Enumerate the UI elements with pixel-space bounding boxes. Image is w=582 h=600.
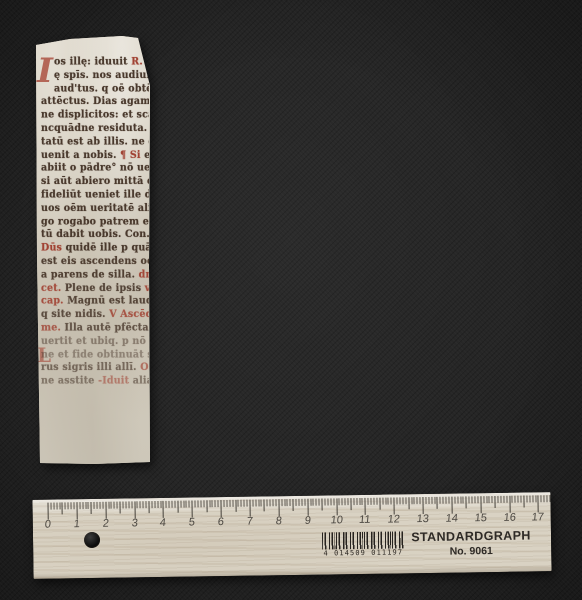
ruler-wrap: 01234567891011121314151617 4 014509 0111…: [33, 496, 551, 575]
ruler-tick: [267, 499, 268, 506]
manuscript-line: ne asstite -Iduit alia p ē: [41, 375, 149, 388]
brand-name: STANDARDGRAPH: [407, 528, 535, 544]
ruler-number: 17: [527, 511, 550, 523]
ruler-tick: [431, 497, 432, 504]
ruler-tick: [414, 497, 415, 504]
ruler-tick: [330, 498, 331, 505]
ink-text: rus sigris illi allī.: [41, 362, 140, 373]
ink-text: uertit et ubiq. p nō q glo: [41, 335, 149, 346]
ruler-tick: [394, 497, 395, 514]
ruler-tick: [460, 496, 461, 503]
ink-text: ne displicitos: et scām pām: [41, 109, 149, 120]
ruler-tick: [143, 501, 144, 508]
ruler-tick: [422, 497, 423, 514]
ink-text: attēctus. Dias agam dūm: [41, 96, 149, 107]
ruler-tick: [197, 500, 198, 507]
ruler-tick: [532, 495, 533, 502]
ruler-tick: [541, 495, 542, 502]
ruler-tick: [495, 496, 496, 508]
ruler-number: 15: [469, 512, 492, 524]
ruler-tick: [226, 500, 227, 507]
ruler-tick: [244, 500, 245, 507]
ruler-tick: [255, 500, 256, 507]
ruler-tick: [209, 500, 210, 507]
manuscript-line: si aūt abiero mittā eū ad uos: [41, 176, 149, 189]
ink-text: Plene de ipsis: [61, 282, 144, 293]
manuscript-line: a parens de silla. dnīca p: [41, 269, 149, 282]
ink-text: alia p ē: [129, 375, 149, 386]
ruler-tick: [457, 497, 458, 504]
ruler-tick: [382, 498, 383, 505]
ruler-tick: [99, 502, 100, 509]
manuscript-fragment-wrap: I L os illę: iduuit R. inę spīs. nos aud…: [36, 36, 150, 464]
ruler-number: 1: [65, 518, 88, 530]
ink-text: a parens de silla.: [41, 269, 139, 280]
ruler-tick: [154, 501, 155, 508]
rubric-text: V Ascēdit: [109, 309, 149, 320]
manuscript-line: tatū est ab illis. ne dubius: [41, 136, 149, 149]
model-number: No. 9061: [407, 544, 535, 558]
manuscript-line: ncquādne residuta. Dubi: [41, 123, 149, 136]
ruler-tick: [223, 500, 224, 507]
ruler-tick: [137, 501, 138, 508]
manuscript-line: uos oēm ueritatē alia. ¶ E: [41, 202, 149, 215]
manuscript-line: fideliūt ueniet ille docebit: [41, 189, 149, 202]
ruler-tick: [324, 499, 325, 506]
ink-text: est nō: [141, 149, 149, 160]
manuscript-line: ę spīs. nos audiuit: [41, 69, 149, 82]
ruler-tick: [500, 496, 501, 503]
ruler-tick: [270, 499, 271, 506]
ruler-tick: [177, 501, 178, 513]
ruler-tick: [405, 497, 406, 504]
ruler-tick: [480, 496, 481, 513]
ruler-tick: [466, 496, 467, 508]
ruler-tick: [172, 501, 173, 508]
ruler-tick: [192, 500, 193, 517]
ruler-tick: [322, 499, 323, 511]
ink-text: ę spīs. nos audiuit: [54, 69, 149, 80]
ruler-tick: [275, 499, 276, 506]
ink-text: quidē ille p quā loquitur: [62, 242, 149, 253]
ruler-tick: [235, 500, 236, 512]
manuscript-fragment: I L os illę: iduuit R. inę spīs. nos aud…: [36, 36, 150, 464]
ruler-tick: [62, 502, 63, 514]
ruler-hanging-hole: [84, 532, 100, 548]
ink-text: go rogabo patrem et aliū pac: [41, 216, 149, 227]
ruler-tick: [521, 496, 522, 503]
ruler-tick: [102, 502, 103, 509]
ruler-tick: [446, 497, 447, 504]
ruler-tick: [281, 499, 282, 506]
ruler-number: 11: [354, 514, 377, 526]
ink-text: ne asstite: [41, 375, 98, 386]
ruler-tick: [512, 496, 513, 503]
ruler-number: 5: [181, 516, 204, 528]
ruler-tick: [298, 499, 299, 506]
ruler-tick: [385, 498, 386, 505]
manuscript-line: rus sigris illi allī. O: [41, 362, 149, 375]
rubric-text: R. in: [131, 56, 149, 67]
ruler-tick: [529, 495, 530, 502]
manuscript-line: q site nidis. V Ascēdit vi: [41, 309, 149, 322]
ruler-tick: [79, 502, 80, 509]
ruler-number: 9: [296, 515, 319, 527]
ruler-tick: [362, 498, 363, 505]
ruler-tick: [264, 499, 265, 511]
rubric-text: O: [140, 362, 148, 373]
ruler-tick: [451, 497, 452, 514]
manuscript-line: me. Illa autē pfēcta pater: [41, 322, 149, 335]
ink-text: Magnū est laudide: [64, 296, 149, 307]
ruler-number: 10: [325, 514, 348, 526]
ruler-tick: [88, 502, 89, 509]
ruler-tick: [215, 500, 216, 507]
ruler-tick: [483, 496, 484, 503]
ruler-tick: [327, 498, 328, 505]
ruler-tick: [229, 500, 230, 507]
rubric-text: ¶ Si: [120, 149, 141, 160]
ruler-tick: [73, 502, 74, 509]
manuscript-line: aud'tus. q oē obtēdaūt: [41, 83, 149, 96]
ruler-tick: [114, 502, 115, 509]
ruler-tick: [353, 498, 354, 505]
ruler-tick: [443, 497, 444, 504]
ruler-tick: [238, 500, 239, 507]
rubric-text: v° I: [145, 282, 149, 293]
ruler-tick: [547, 495, 548, 502]
ruler-tick: [379, 498, 380, 510]
ruler-tick: [218, 500, 219, 507]
ruler-tick: [241, 500, 242, 507]
ruler-tick: [183, 501, 184, 508]
ruler-tick: [117, 502, 118, 509]
ruler-tick: [518, 496, 519, 503]
ruler-tick: [365, 498, 366, 515]
ink-text: os illę: iduuit: [54, 56, 131, 67]
ruler-tick: [290, 499, 291, 506]
ink-text: tū dabit uobis. Con.: [41, 229, 149, 240]
ruler-tick: [293, 499, 294, 511]
ruler-tick: [157, 501, 158, 508]
rubric-text: me.: [41, 322, 61, 333]
manuscript-text: os illę: iduuit R. inę spīs. nos audiuit…: [41, 56, 149, 389]
ruler-tick: [180, 501, 181, 508]
ruler-tick: [82, 502, 83, 509]
ruler-tick: [549, 495, 550, 502]
ruler-tick: [151, 501, 152, 508]
ruler-tick: [523, 496, 524, 508]
ruler-number: 3: [123, 517, 146, 529]
ruler-tick: [319, 499, 320, 506]
ruler-tick: [506, 496, 507, 503]
ruler-tick: [50, 503, 51, 510]
ruler-tick: [368, 498, 369, 505]
ink-text: fideliūt ueniet ille docebit: [41, 189, 149, 200]
ruler-tick: [85, 502, 86, 509]
ruler-tick: [94, 502, 95, 509]
barcode: 4 014509 011197: [322, 531, 404, 557]
ruler-tick: [91, 502, 92, 514]
ruler-numbers: 01234567891011121314151617: [32, 492, 550, 500]
rubric-text: dnīca p: [139, 269, 149, 280]
ruler-tick: [278, 499, 279, 516]
ruler-tick: [307, 499, 308, 516]
ink-text: abiit o pādre° nō ueniet ad: [41, 162, 149, 173]
ruler-tick: [261, 499, 262, 506]
ruler-tick: [287, 499, 288, 506]
ruler-tick: [486, 496, 487, 503]
ruler-tick: [463, 496, 464, 503]
ruler-number: 8: [267, 515, 290, 527]
ruler-tick: [535, 495, 536, 502]
manuscript-line: attēctus. Dias agam dūm: [41, 96, 149, 109]
ruler-tick: [131, 501, 132, 508]
manuscript-line: est eis ascendens occultē a scā: [41, 256, 149, 269]
barcode-digits: 4 014509 011197: [322, 548, 404, 557]
ruler-number: 7: [238, 515, 261, 527]
ruler-tick: [258, 499, 259, 506]
rubric-text: cap.: [41, 296, 64, 307]
ruler-tick: [120, 502, 121, 514]
ruler-tick: [111, 502, 112, 509]
ink-text: ncquādne residuta. Dubi: [41, 123, 149, 134]
ruler-tick: [304, 499, 305, 506]
ruler-tick: [296, 499, 297, 506]
ruler-tick: [146, 501, 147, 508]
ruler-tick: [169, 501, 170, 508]
ruler-number: 14: [440, 512, 463, 524]
ink-text: aud'tus. q oē obtēdaūt: [54, 83, 149, 94]
manuscript-line: uenit a nobis. ¶ Si est nō: [41, 149, 149, 162]
rubric-text: Dūs: [41, 242, 62, 253]
manuscript-line: cet. Plene de ipsis v° I py: [41, 282, 149, 295]
ruler-tick: [474, 496, 475, 503]
ruler-tick: [391, 498, 392, 505]
ruler-tick: [68, 502, 69, 509]
ruler-tick: [509, 496, 510, 513]
ruler-tick: [200, 500, 201, 507]
ink-text: uenit a nobis.: [41, 149, 120, 160]
ruler-tick: [148, 501, 149, 513]
ruler-tick: [408, 497, 409, 509]
ruler-tick: [272, 499, 273, 506]
ruler-tick: [371, 498, 372, 505]
ruler-tick: [497, 496, 498, 503]
ruler-tick: [440, 497, 441, 504]
ruler-number: 13: [411, 513, 434, 525]
ruler-tick: [160, 501, 161, 508]
ruler-tick: [284, 499, 285, 506]
ruler-tick: [316, 499, 317, 506]
ruler-tick: [125, 501, 126, 508]
ruler-tick: [538, 495, 539, 512]
ruler-tick: [195, 500, 196, 507]
ruler-tick: [359, 498, 360, 505]
ruler-tick: [108, 502, 109, 509]
ruler-tick: [56, 502, 57, 509]
ruler-tick: [526, 496, 527, 503]
ruler-tick: [212, 500, 213, 507]
ruler-tick: [249, 500, 250, 517]
ruler-tick: [345, 498, 346, 505]
manuscript-line: Dūs quidē ille p quā loquitur: [41, 242, 149, 255]
manuscript-line: go rogabo patrem et aliū pac: [41, 216, 149, 229]
ruler-number: 6: [209, 516, 232, 528]
ruler-tick: [399, 497, 400, 504]
ink-text: si aūt abiero mittā eū ad uos: [41, 176, 149, 187]
ruler-tick: [469, 496, 470, 503]
ruler-tick: [425, 497, 426, 504]
ruler-tick: [477, 496, 478, 503]
ruler-tick: [140, 501, 141, 508]
ruler-tick: [388, 498, 389, 505]
ruler-tick: [434, 497, 435, 504]
ruler-tick: [544, 495, 545, 502]
ruler-tick: [515, 496, 516, 503]
ruler: 01234567891011121314151617 4 014509 0111…: [32, 492, 551, 579]
ruler-tick: [376, 498, 377, 505]
manuscript-line: cap. Magnū est laudide: [41, 296, 149, 309]
ruler-tick: [411, 497, 412, 504]
ruler-tick: [71, 502, 72, 509]
ruler-number: 16: [498, 512, 521, 524]
ruler-tick: [122, 501, 123, 508]
ruler-tick: [437, 497, 438, 509]
ruler-tick: [221, 500, 222, 517]
ruler-tick: [65, 502, 66, 509]
manuscript-line: tū dabit uobis. Con. b. a: [41, 229, 149, 242]
ruler-tick: [134, 501, 135, 518]
ruler-tick: [232, 500, 233, 507]
ruler-tick: [417, 497, 418, 504]
ruler-tick: [310, 499, 311, 506]
manuscript-line: ne et fide obtinuāt sūme: [41, 349, 149, 362]
ruler-tick: [174, 501, 175, 508]
ruler-tick: [333, 498, 334, 505]
ruler-tick: [76, 502, 77, 519]
ruler-tick: [313, 499, 314, 506]
ruler-tick: [342, 498, 343, 505]
ruler-tick: [189, 501, 190, 508]
ruler-tick: [492, 496, 493, 503]
ink-text: Illa autē pfēcta pater: [61, 322, 149, 333]
ruler-tick: [350, 498, 351, 510]
ruler-tick: [472, 496, 473, 503]
ruler-tick: [397, 497, 398, 504]
manuscript-line: abiit o pādre° nō ueniet ad: [41, 162, 149, 175]
ruler-tick: [252, 500, 253, 507]
ruler-number: 0: [36, 518, 59, 530]
ruler-tick: [339, 498, 340, 505]
rubric-text: cet.: [41, 282, 61, 293]
ruler-ticks: [32, 492, 550, 500]
ink-text: tatū est ab illis. ne dubius: [41, 136, 149, 147]
ruler-tick: [206, 500, 207, 512]
ruler-tick: [247, 500, 248, 507]
rubric-text: -Iduit: [98, 375, 129, 386]
ruler-number: 4: [152, 517, 175, 529]
ruler-tick: [97, 502, 98, 509]
ruler-tick: [347, 498, 348, 505]
manuscript-line: os illę: iduuit R. in: [41, 56, 149, 69]
barcode-bars: [322, 531, 404, 549]
ruler-tick: [128, 501, 129, 508]
ink-text: q site nidis.: [41, 309, 109, 320]
ruler-tick: [503, 496, 504, 503]
ruler-tick: [186, 501, 187, 508]
ruler-tick: [163, 501, 164, 518]
ruler-tick: [336, 498, 337, 515]
ruler-tick: [105, 502, 106, 519]
photo-backdrop: I L os illę: iduuit R. inę spīs. nos aud…: [0, 0, 582, 600]
ruler-tick: [428, 497, 429, 504]
ruler-tick: [203, 500, 204, 507]
ruler-tick: [301, 499, 302, 506]
ruler-tick: [59, 502, 60, 509]
ink-text: ne et fide obtinuāt sūme: [41, 349, 149, 360]
ruler-tick: [489, 496, 490, 503]
ink-text: uos oēm ueritatē alia.: [41, 202, 149, 213]
ruler-tick: [454, 497, 455, 504]
ruler-tick: [420, 497, 421, 504]
ruler-tick: [448, 497, 449, 504]
ink-text: est eis ascendens occultē a scā: [41, 256, 149, 267]
ruler-tick: [47, 503, 48, 520]
manuscript-line: ne displicitos: et scām pām: [41, 109, 149, 122]
ruler-number: 2: [94, 518, 117, 530]
ruler-number: 12: [382, 513, 405, 525]
ruler-tick: [373, 498, 374, 505]
ruler-tick: [356, 498, 357, 505]
ruler-tick: [166, 501, 167, 508]
manuscript-line: uertit et ubiq. p nō q glo: [41, 335, 149, 348]
ruler-tick: [53, 503, 54, 510]
brand-block: STANDARDGRAPH No. 9061: [407, 528, 535, 558]
ruler-tick: [402, 497, 403, 504]
